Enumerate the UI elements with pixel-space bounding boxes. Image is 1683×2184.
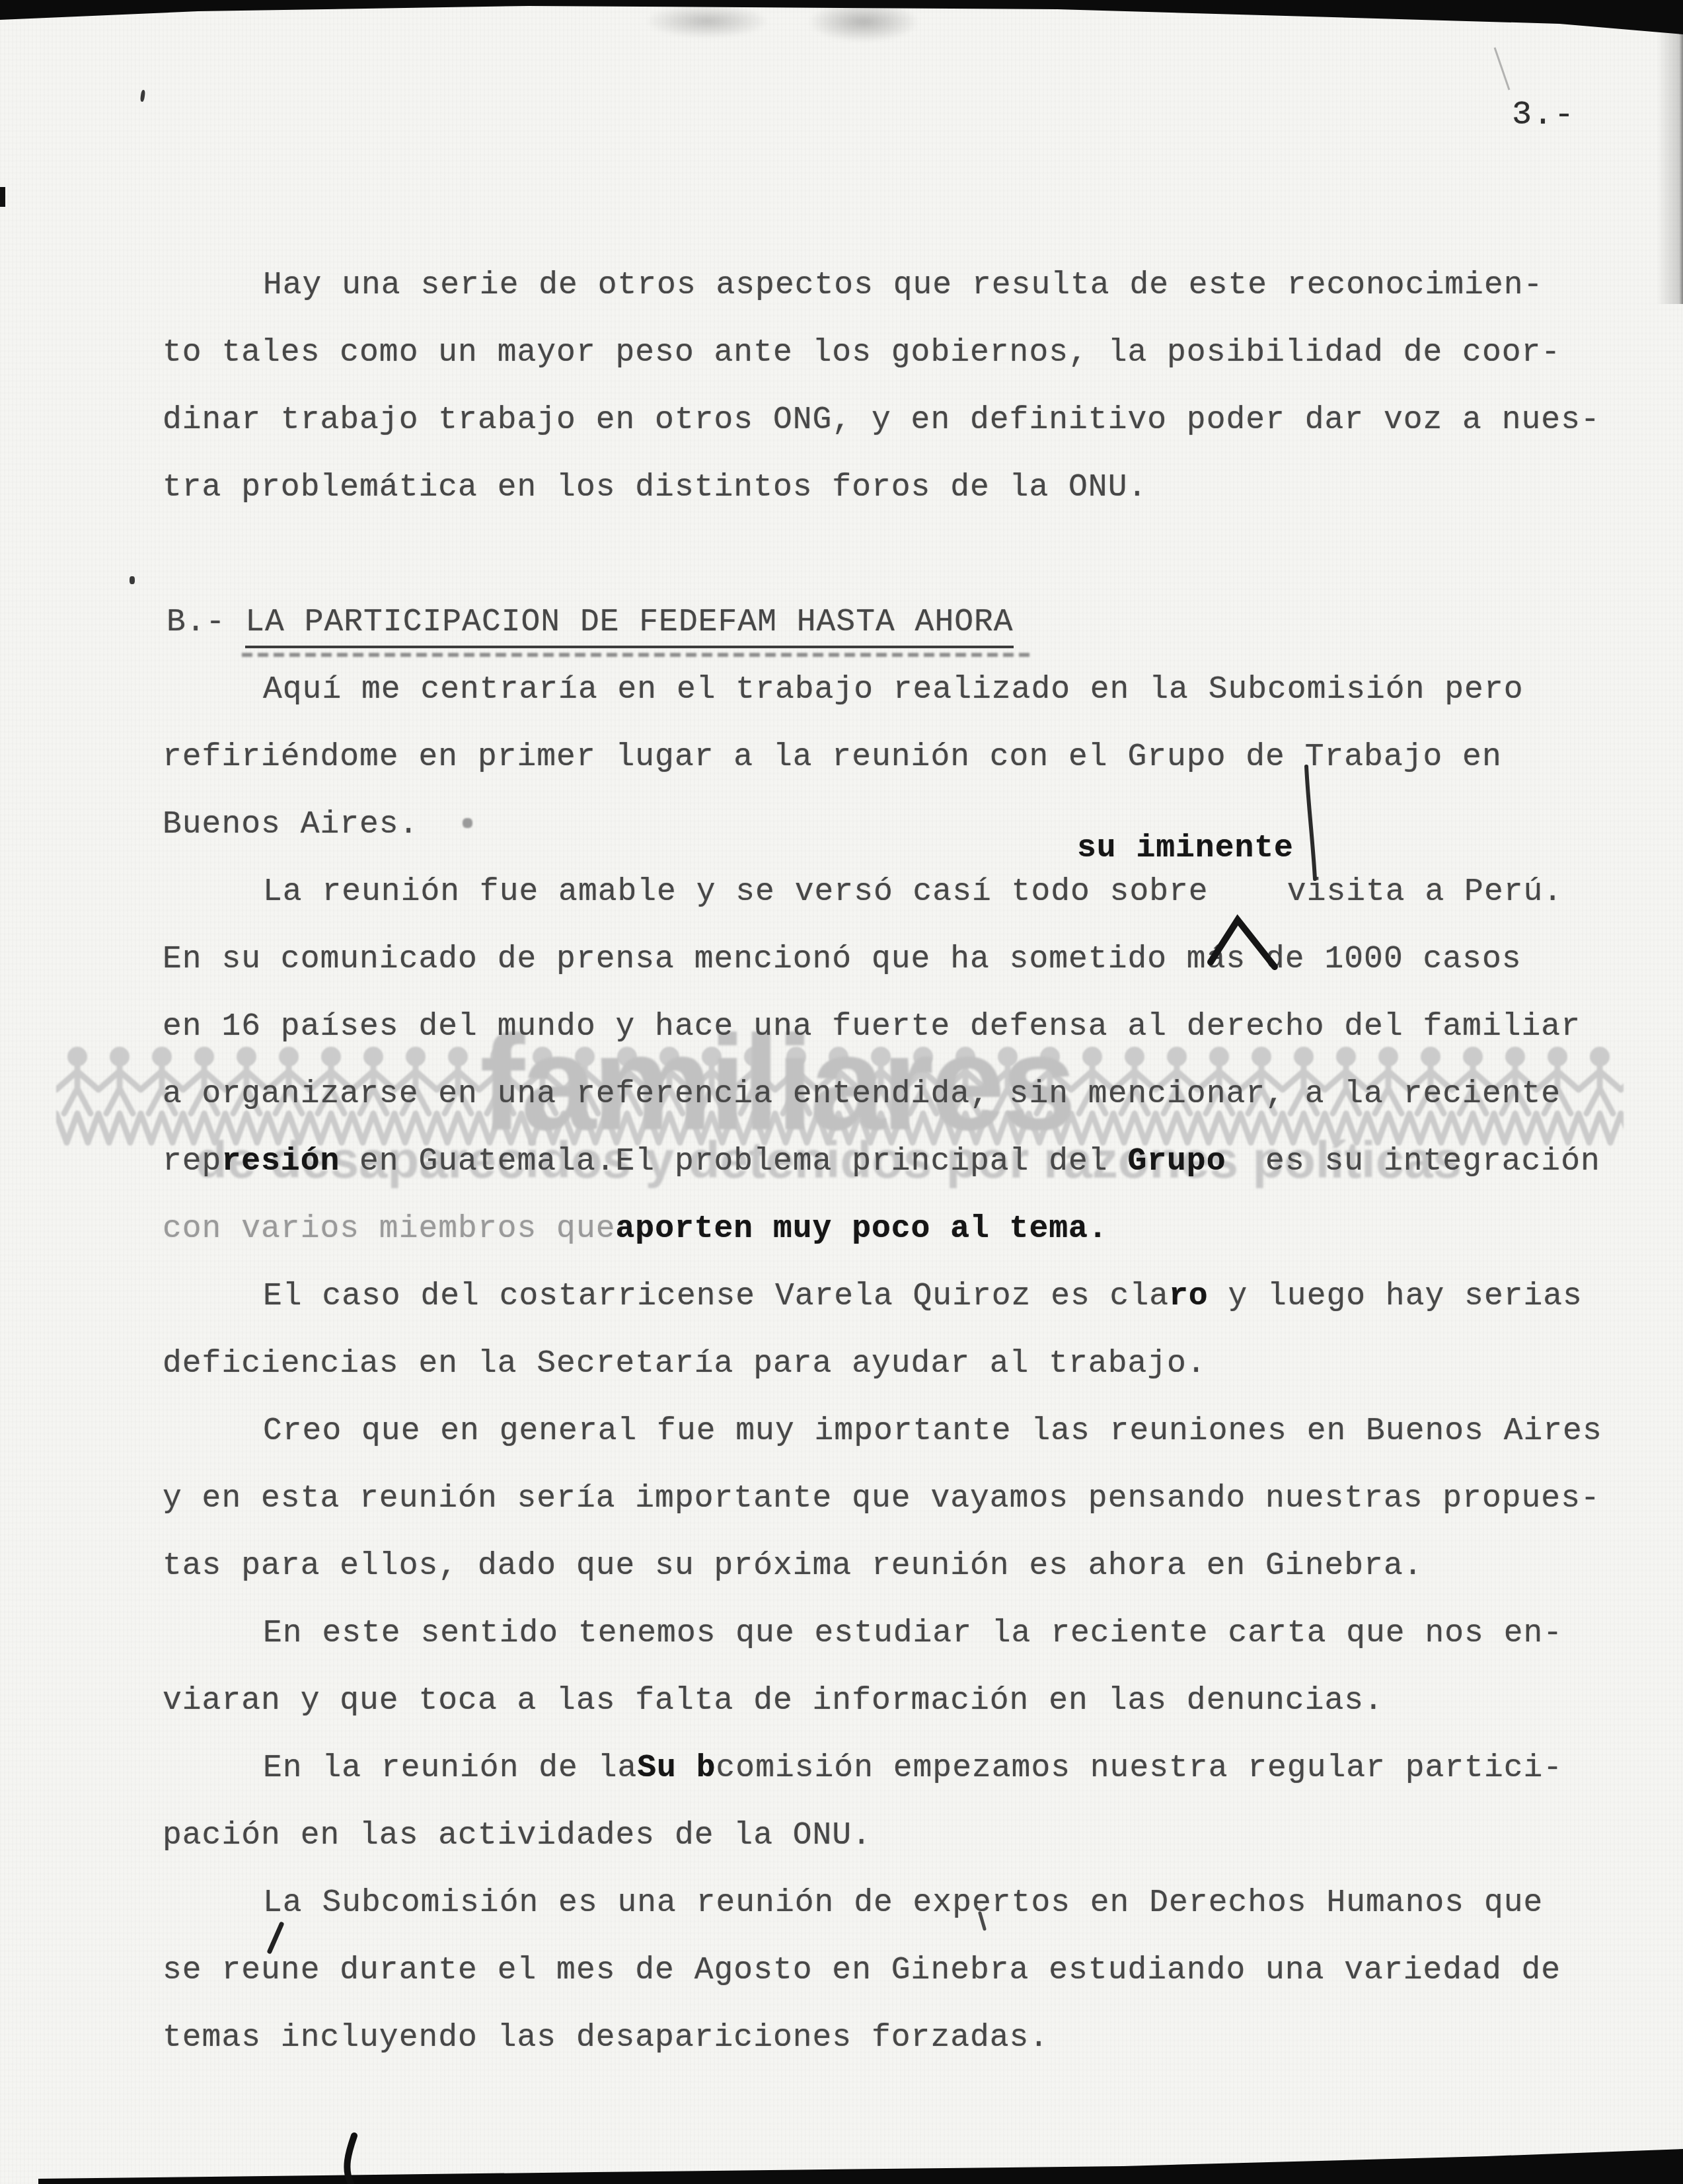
scanned-document-page: familiares de desaparecidos y detenidos … bbox=[0, 0, 1683, 2184]
typed-segment: en Guatemala.El problema principal del bbox=[340, 1144, 1127, 1180]
typed-segment: pación en las actividades de la ONU. bbox=[163, 1818, 872, 1854]
typed-line: deficiencias en la Secretaría para ayuda… bbox=[163, 1348, 1207, 1380]
typed-segment: es su integración bbox=[1226, 1144, 1600, 1180]
typed-segment: En su comunicado de prensa mencionó que … bbox=[163, 942, 1522, 977]
typed-line: refiriéndome en primer lugar a la reunió… bbox=[163, 741, 1502, 773]
typed-text-layer: 3.- Hay una serie de otros aspectos que … bbox=[0, 0, 1683, 2184]
typed-segment: refiriéndome en primer lugar a la reunió… bbox=[163, 739, 1502, 775]
typed-line: B.- LA PARTICIPACION DE FEDEFAM HASTA AH… bbox=[167, 607, 1014, 638]
typed-line: represión en Guatemala.El problema princ… bbox=[163, 1146, 1600, 1178]
typed-segment: La Subcomisión es una reunión de experto… bbox=[263, 1885, 1543, 1921]
typed-segment: y luego hay serias bbox=[1209, 1279, 1583, 1314]
typed-line: to tales como un mayor peso ante los gob… bbox=[163, 337, 1561, 369]
typed-segment: y en esta reunión sería importante que v… bbox=[163, 1481, 1600, 1517]
typed-line: su iminente bbox=[1077, 833, 1294, 864]
typed-line: y en esta reunión sería importante que v… bbox=[163, 1483, 1600, 1515]
typed-line: pación en las actividades de la ONU. bbox=[163, 1820, 872, 1852]
typed-line: El caso del costarricense Varela Quiroz … bbox=[263, 1281, 1583, 1312]
heading-underline-smudge bbox=[242, 653, 1033, 657]
typed-segment: El caso del costarricense Varela Quiroz … bbox=[263, 1279, 1169, 1314]
typed-segment: a organizarse en una referencia entendid… bbox=[163, 1076, 1561, 1112]
typed-segment: Buenos Aires. bbox=[163, 807, 418, 843]
typed-segment: rep bbox=[163, 1144, 221, 1180]
typed-line: Creo que en general fue muy importante l… bbox=[263, 1415, 1602, 1447]
typed-segment: Aquí me centraría en el trabajo realizad… bbox=[263, 672, 1524, 708]
page-number: 3.- bbox=[1512, 96, 1575, 134]
typed-line: se reune durante el mes de Agosto en Gin… bbox=[163, 1955, 1561, 1986]
typed-segment: B.- bbox=[167, 605, 245, 640]
typed-segment: deficiencias en la Secretaría para ayuda… bbox=[163, 1346, 1207, 1382]
typed-segment: dinar trabajo trabajo en otros ONG, y en… bbox=[163, 402, 1600, 438]
typed-segment: Creo que en general fue muy importante l… bbox=[263, 1413, 1602, 1449]
typed-segment: resión bbox=[221, 1144, 340, 1180]
typed-segment: temas incluyendo las desapariciones forz… bbox=[163, 2020, 1049, 2056]
typed-segment: La reunión fue amable y se versó casí to… bbox=[263, 874, 1563, 910]
typed-line: Buenos Aires. bbox=[163, 809, 418, 841]
typed-line: tra problemática en los distintos foros … bbox=[163, 472, 1147, 504]
typed-line: En su comunicado de prensa mencionó que … bbox=[163, 944, 1522, 975]
typed-segment: viaran y que toca a las falta de informa… bbox=[163, 1683, 1384, 1719]
typed-segment: aporten muy poco al tema. bbox=[616, 1211, 1108, 1247]
typed-line: en 16 países del mundo y hace una fuerte… bbox=[163, 1011, 1581, 1043]
typed-line: a organizarse en una referencia entendid… bbox=[163, 1078, 1561, 1110]
typed-segment: En la reunión de la bbox=[263, 1751, 637, 1786]
typed-line: En este sentido tenemos que estudiar la … bbox=[263, 1618, 1563, 1649]
typed-segment: su iminente bbox=[1077, 831, 1294, 866]
typed-line: La reunión fue amable y se versó casí to… bbox=[263, 876, 1563, 908]
typed-segment: tas para ellos, dado que su próxima reun… bbox=[163, 1548, 1423, 1584]
typed-segment: con varios miembros que bbox=[163, 1211, 616, 1247]
typed-segment: tra problemática en los distintos foros … bbox=[163, 470, 1147, 506]
typed-segment: Grupo bbox=[1127, 1144, 1226, 1180]
typed-segment: comisión empezamos nuestra regular parti… bbox=[716, 1751, 1563, 1786]
typed-segment: Su b bbox=[637, 1751, 716, 1786]
typed-segment: ro bbox=[1169, 1279, 1209, 1314]
typed-line: dinar trabajo trabajo en otros ONG, y en… bbox=[163, 404, 1600, 436]
typed-line: viaran y que toca a las falta de informa… bbox=[163, 1685, 1384, 1717]
typed-line: Hay una serie de otros aspectos que resu… bbox=[263, 270, 1543, 301]
typed-segment: en 16 países del mundo y hace una fuerte… bbox=[163, 1009, 1581, 1045]
typed-line: La Subcomisión es una reunión de experto… bbox=[263, 1887, 1543, 1919]
typed-segment: En este sentido tenemos que estudiar la … bbox=[263, 1616, 1563, 1651]
typed-segment: LA PARTICIPACION DE FEDEFAM HASTA AHORA bbox=[245, 605, 1013, 648]
typed-line: Aquí me centraría en el trabajo realizad… bbox=[263, 674, 1524, 706]
typed-line: con varios miembros queaporten muy poco … bbox=[163, 1213, 1108, 1245]
typed-segment: to tales como un mayor peso ante los gob… bbox=[163, 335, 1561, 371]
typed-line: En la reunión de laSu bcomisión empezamo… bbox=[263, 1752, 1563, 1784]
typed-line: temas incluyendo las desapariciones forz… bbox=[163, 2022, 1049, 2054]
typed-line: tas para ellos, dado que su próxima reun… bbox=[163, 1550, 1423, 1582]
typed-segment: se reune durante el mes de Agosto en Gin… bbox=[163, 1953, 1561, 1988]
typed-segment: Hay una serie de otros aspectos que resu… bbox=[263, 268, 1543, 303]
